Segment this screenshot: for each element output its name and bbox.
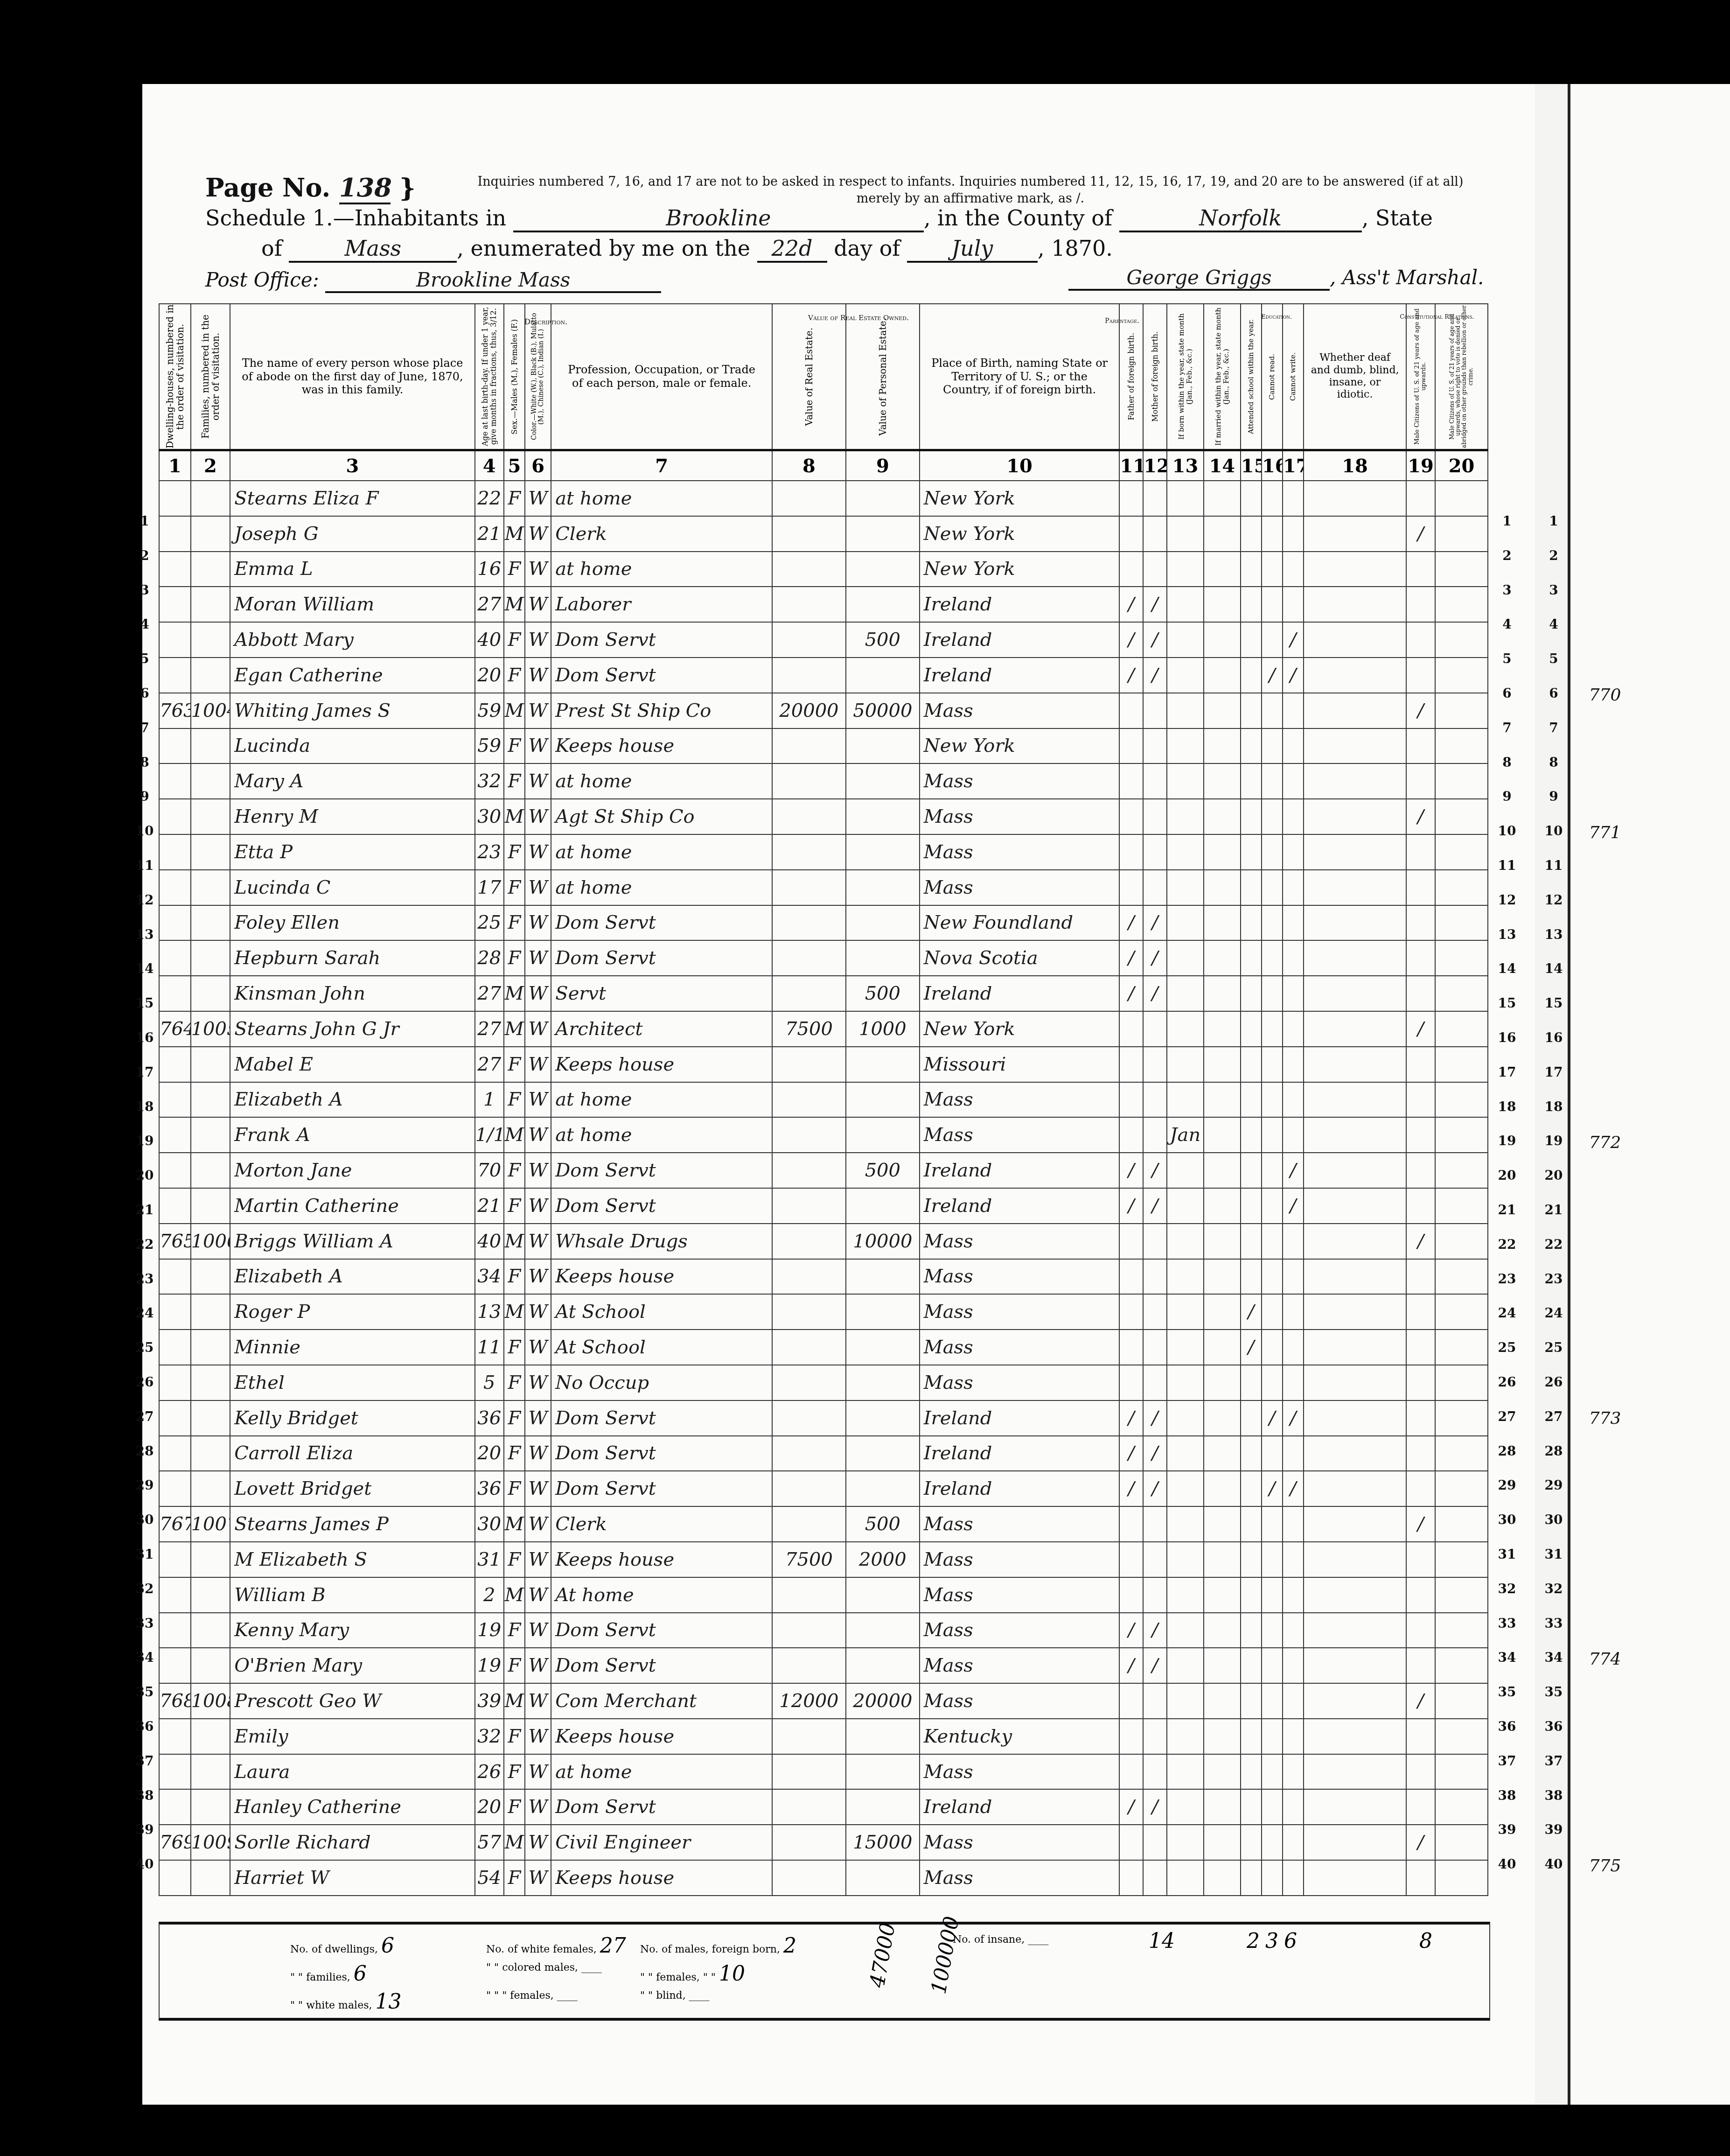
- cell-c16: [1262, 1011, 1283, 1047]
- cell-c19: [1406, 1117, 1435, 1153]
- table-row: Moran William27MWLaborerIreland//: [159, 587, 1488, 622]
- cell-c13: [1167, 693, 1204, 728]
- line-number: 13: [1493, 927, 1521, 942]
- cell-c20: [1435, 1047, 1488, 1082]
- cell-pe: [846, 1471, 920, 1506]
- cell-c15: [1241, 552, 1262, 587]
- cell-occ: No Occup: [551, 1365, 772, 1400]
- cell-c15: [1241, 587, 1262, 622]
- cell-c20: [1435, 1224, 1488, 1259]
- cell-dw: [159, 1719, 191, 1754]
- cell-birth: Mass: [920, 1365, 1120, 1400]
- cell-color: W: [525, 799, 551, 834]
- cell-dw: [159, 1117, 191, 1153]
- cell-c13: [1167, 1542, 1204, 1577]
- adjacent-line-number: 18: [1540, 1099, 1568, 1114]
- table-row: Etta P23FWat homeMass: [159, 834, 1488, 870]
- cell-sex: F: [504, 1153, 525, 1188]
- cell-c13: [1167, 1577, 1204, 1613]
- cell-name: Abbott Mary: [230, 622, 474, 658]
- of-label: of: [261, 236, 282, 261]
- census-table: Dwelling-houses, numbered in the order o…: [159, 303, 1488, 1896]
- adjacent-line-number: 1: [1540, 513, 1568, 529]
- cell-c14: [1204, 834, 1241, 870]
- cell-c13: [1167, 976, 1204, 1011]
- cell-f: [1119, 693, 1143, 728]
- cell-color: W: [525, 1613, 551, 1648]
- table-row: Minnie11FWAt SchoolMass/: [159, 1330, 1488, 1365]
- cell-sex: F: [504, 1860, 525, 1896]
- cell-c20: [1435, 1188, 1488, 1224]
- cell-f: /: [1119, 1153, 1143, 1188]
- col12-total: 14: [1149, 1929, 1175, 1953]
- line-number: 31: [1493, 1547, 1521, 1562]
- cell-dw: [159, 1365, 191, 1400]
- cell-name: Kinsman John: [230, 976, 474, 1011]
- cell-fam: [191, 1294, 230, 1330]
- col-13-header: If born within the year, state month (Ja…: [1167, 304, 1204, 450]
- cell-re: [772, 1330, 846, 1365]
- cell-c17: [1283, 940, 1304, 976]
- cell-m: [1143, 1259, 1167, 1295]
- cell-pe: [846, 1789, 920, 1825]
- col-11-header: Father of foreign birth.: [1119, 304, 1143, 450]
- cell-age: 28: [475, 940, 504, 976]
- cell-pe: 15000: [846, 1825, 920, 1860]
- table-row: Ethel5FWNo OccupMass: [159, 1365, 1488, 1400]
- adjacent-line-number: 11: [1540, 858, 1568, 873]
- cell-sex: F: [504, 1188, 525, 1224]
- cell-fam: [191, 870, 230, 905]
- cell-birth: Mass: [920, 1577, 1120, 1613]
- cell-re: [772, 1860, 846, 1896]
- line-number: 28: [1493, 1443, 1521, 1459]
- cell-c17: [1283, 1683, 1304, 1719]
- cell-c17: /: [1283, 658, 1304, 693]
- col-num: 20: [1435, 450, 1488, 481]
- cell-birth: Kentucky: [920, 1719, 1120, 1754]
- line-number: 32: [1493, 1581, 1521, 1596]
- cell-c16: /: [1262, 1471, 1283, 1506]
- col-2-header: Families, numbered in the order of visit…: [191, 304, 230, 450]
- cell-dw: [159, 940, 191, 976]
- adjacent-line-number: 4: [1540, 616, 1568, 632]
- cell-pe: [846, 1188, 920, 1224]
- cell-color: W: [525, 1047, 551, 1082]
- cell-pe: [846, 728, 920, 764]
- line-number: 18: [131, 1099, 159, 1114]
- adjacent-line-number: 16: [1540, 1030, 1568, 1045]
- line-number: 39: [131, 1822, 159, 1837]
- cell-sex: F: [504, 1047, 525, 1082]
- cell-c19: /: [1406, 1224, 1435, 1259]
- cell-name: O'Brien Mary: [230, 1648, 474, 1683]
- cell-pe: [846, 1047, 920, 1082]
- cell-c14: [1204, 1259, 1241, 1295]
- cell-birth: Ireland: [920, 976, 1120, 1011]
- cell-age: 40: [475, 1224, 504, 1259]
- column-header-row: Dwelling-houses, numbered in the order o…: [159, 304, 1488, 450]
- cell-pe: [846, 763, 920, 799]
- cell-c15: [1241, 1613, 1262, 1648]
- cell-c20: [1435, 1294, 1488, 1330]
- cell-c20: [1435, 552, 1488, 587]
- cell-name: Minnie: [230, 1330, 474, 1365]
- cell-color: W: [525, 1719, 551, 1754]
- cell-c13: [1167, 799, 1204, 834]
- col-num: 14: [1204, 450, 1241, 481]
- cell-c19: [1406, 587, 1435, 622]
- cell-m: /: [1143, 1648, 1167, 1683]
- cell-f: [1119, 1577, 1143, 1613]
- cell-c17: [1283, 834, 1304, 870]
- cell-f: /: [1119, 940, 1143, 976]
- cell-c18: [1304, 1577, 1406, 1613]
- cell-age: 39: [475, 1683, 504, 1719]
- cell-c16: [1262, 1082, 1283, 1118]
- cell-pe: 500: [846, 622, 920, 658]
- cell-fam: [191, 1648, 230, 1683]
- cell-m: [1143, 1224, 1167, 1259]
- cell-color: W: [525, 1330, 551, 1365]
- cell-dw: [159, 1613, 191, 1648]
- cell-age: 13: [475, 1294, 504, 1330]
- cell-re: [772, 1047, 846, 1082]
- cell-color: W: [525, 1400, 551, 1436]
- insane-count: No. of insane, ____: [953, 1934, 1048, 1946]
- cell-c16: [1262, 1683, 1283, 1719]
- cell-c20: [1435, 1825, 1488, 1860]
- cell-c13: [1167, 552, 1204, 587]
- cell-fam: [191, 1153, 230, 1188]
- line-number: 22: [1493, 1237, 1521, 1252]
- col-1-header: Dwelling-houses, numbered in the order o…: [159, 304, 191, 450]
- table-row: Lucinda59FWKeeps houseNew York: [159, 728, 1488, 764]
- cell-c14: [1204, 1719, 1241, 1754]
- cell-age: 1/12: [475, 1117, 504, 1153]
- cell-c18: [1304, 1648, 1406, 1683]
- cell-c17: /: [1283, 1153, 1304, 1188]
- cell-occ: At School: [551, 1294, 772, 1330]
- line-number: 4: [131, 616, 159, 632]
- cell-f: [1119, 1047, 1143, 1082]
- adjacent-line-number: 7: [1540, 720, 1568, 735]
- cell-c19: [1406, 905, 1435, 941]
- cell-name: Prescott Geo W: [230, 1683, 474, 1719]
- line-number: 22: [131, 1237, 159, 1252]
- cell-m: [1143, 1825, 1167, 1860]
- adjacent-dwelling-mark: 773: [1577, 1409, 1633, 1428]
- col19-total: 8: [1419, 1929, 1432, 1953]
- cell-fam: [191, 940, 230, 976]
- col-3-header: The name of every person whose place of …: [230, 304, 474, 450]
- cell-dw: 767: [159, 1506, 191, 1542]
- cell-c20: [1435, 1719, 1488, 1754]
- cell-c17: [1283, 905, 1304, 941]
- line-number: 30: [131, 1512, 159, 1527]
- cell-dw: [159, 1330, 191, 1365]
- table-row: Lovett Bridget36FWDom ServtIreland////: [159, 1471, 1488, 1506]
- cell-c16: [1262, 799, 1283, 834]
- cell-sex: F: [504, 870, 525, 905]
- cell-fam: [191, 799, 230, 834]
- cell-c17: [1283, 1436, 1304, 1471]
- cell-c13: [1167, 1082, 1204, 1118]
- cell-c13: [1167, 905, 1204, 941]
- adjacent-line-number: 8: [1540, 755, 1568, 770]
- cell-color: W: [525, 1365, 551, 1400]
- cell-color: W: [525, 1860, 551, 1896]
- cell-color: W: [525, 1082, 551, 1118]
- cell-c16: /: [1262, 658, 1283, 693]
- cell-re: [772, 763, 846, 799]
- colored-males-count: " " colored males, ____: [486, 1962, 602, 1974]
- cell-c14: [1204, 1294, 1241, 1330]
- cell-m: /: [1143, 622, 1167, 658]
- cell-c18: [1304, 516, 1406, 552]
- cell-c20: [1435, 1011, 1488, 1047]
- cell-c20: [1435, 1860, 1488, 1896]
- col-10-header: Place of Birth, naming State or Territor…: [920, 304, 1120, 450]
- cell-c15: [1241, 1542, 1262, 1577]
- cell-c19: /: [1406, 693, 1435, 728]
- cell-c16: [1262, 516, 1283, 552]
- table-row: Carroll Eliza20FWDom ServtIreland//: [159, 1436, 1488, 1471]
- cell-pe: 500: [846, 1506, 920, 1542]
- cell-c19: /: [1406, 1683, 1435, 1719]
- cell-dw: [159, 552, 191, 587]
- cell-c17: [1283, 728, 1304, 764]
- cell-c15: [1241, 1683, 1262, 1719]
- cell-c16: [1262, 481, 1283, 516]
- families-count: " " families, 6: [290, 1962, 367, 1986]
- line-number: 7: [1493, 720, 1521, 735]
- cell-c17: [1283, 1577, 1304, 1613]
- cell-f: /: [1119, 905, 1143, 941]
- cell-color: W: [525, 516, 551, 552]
- cell-c18: [1304, 1683, 1406, 1719]
- cell-age: 54: [475, 1860, 504, 1896]
- cell-m: /: [1143, 1400, 1167, 1436]
- cell-occ: Keeps house: [551, 1542, 772, 1577]
- cell-name: Laura: [230, 1754, 474, 1790]
- table-row: Hanley Catherine20FWDom ServtIreland//: [159, 1789, 1488, 1825]
- cell-c13: [1167, 1719, 1204, 1754]
- line-number: 7: [131, 720, 159, 735]
- cell-dw: [159, 1860, 191, 1896]
- cell-c19: [1406, 1577, 1435, 1613]
- line-number: 11: [131, 858, 159, 873]
- cell-sex: M: [504, 1294, 525, 1330]
- cell-age: 22: [475, 481, 504, 516]
- cell-c17: [1283, 1047, 1304, 1082]
- cell-c13: [1167, 1648, 1204, 1683]
- cell-m: /: [1143, 1471, 1167, 1506]
- cell-c17: [1283, 1224, 1304, 1259]
- line-number: 30: [1493, 1512, 1521, 1527]
- cell-c20: [1435, 1259, 1488, 1295]
- cell-c18: [1304, 799, 1406, 834]
- cell-pe: [846, 1330, 920, 1365]
- cell-age: 27: [475, 587, 504, 622]
- cell-c18: [1304, 905, 1406, 941]
- cell-c19: [1406, 1259, 1435, 1295]
- cell-f: /: [1119, 976, 1143, 1011]
- line-number: 37: [131, 1753, 159, 1769]
- cell-birth: Ireland: [920, 1400, 1120, 1436]
- line-number: 6: [1493, 686, 1521, 701]
- line-number: 23: [131, 1271, 159, 1287]
- cell-c19: [1406, 976, 1435, 1011]
- cell-c16: [1262, 1365, 1283, 1400]
- cell-c15: [1241, 1153, 1262, 1188]
- cell-c16: [1262, 622, 1283, 658]
- cell-occ: Dom Servt: [551, 1471, 772, 1506]
- cell-sex: M: [504, 1117, 525, 1153]
- cell-re: [772, 516, 846, 552]
- table-row: Kelly Bridget36FWDom ServtIreland////: [159, 1400, 1488, 1436]
- cell-re: [772, 481, 846, 516]
- cell-c19: [1406, 834, 1435, 870]
- adjacent-line-number: 37: [1540, 1753, 1568, 1769]
- cell-c17: [1283, 693, 1304, 728]
- cell-occ: Dom Servt: [551, 1613, 772, 1648]
- cell-c16: [1262, 834, 1283, 870]
- col-20-header: Male Citizens of U. S. of 21 years of ag…: [1435, 304, 1488, 450]
- cell-pe: [846, 481, 920, 516]
- cell-color: W: [525, 1825, 551, 1860]
- cell-c13: [1167, 940, 1204, 976]
- cell-name: Egan Catherine: [230, 658, 474, 693]
- cell-c13: [1167, 658, 1204, 693]
- line-number: 36: [131, 1719, 159, 1734]
- line-number: 10: [1493, 823, 1521, 839]
- line-number: 24: [131, 1305, 159, 1321]
- cell-m: [1143, 1577, 1167, 1613]
- cell-c14: [1204, 976, 1241, 1011]
- cell-occ: Dom Servt: [551, 1436, 772, 1471]
- cell-f: [1119, 1294, 1143, 1330]
- line-number: 12: [131, 892, 159, 908]
- cell-occ: Dom Servt: [551, 658, 772, 693]
- cell-age: 32: [475, 1719, 504, 1754]
- line-number: 27: [1493, 1409, 1521, 1424]
- cell-occ: At home: [551, 1577, 772, 1613]
- col-19-header: Male Citizens of U. S. of 21 years of ag…: [1406, 304, 1435, 450]
- cell-dw: [159, 587, 191, 622]
- adjacent-line-number: 9: [1540, 789, 1568, 804]
- cell-dw: [159, 1436, 191, 1471]
- cell-name: Lucinda: [230, 728, 474, 764]
- cell-c14: [1204, 1082, 1241, 1118]
- cell-c15: [1241, 799, 1262, 834]
- cell-occ: Keeps house: [551, 1860, 772, 1896]
- cell-c15: [1241, 1011, 1262, 1047]
- cell-fam: [191, 1719, 230, 1754]
- cell-occ: at home: [551, 481, 772, 516]
- cell-c13: [1167, 622, 1204, 658]
- table-row: Frank A1/12MWat homeMassJan: [159, 1117, 1488, 1153]
- cell-c14: [1204, 1436, 1241, 1471]
- cell-m: [1143, 870, 1167, 905]
- cell-c19: [1406, 1860, 1435, 1896]
- cell-c14: [1204, 1613, 1241, 1648]
- cell-c19: [1406, 1294, 1435, 1330]
- cell-f: /: [1119, 1400, 1143, 1436]
- enumeration-line: of Mass, enumerated by me on the 22d day…: [261, 236, 1113, 263]
- cell-c16: [1262, 940, 1283, 976]
- cell-sex: F: [504, 1648, 525, 1683]
- cell-c17: /: [1283, 1400, 1304, 1436]
- cell-m: [1143, 1542, 1167, 1577]
- col-14-header: If married within the year, state month …: [1204, 304, 1241, 450]
- cell-c17: [1283, 516, 1304, 552]
- cell-c19: [1406, 1436, 1435, 1471]
- col-num: 11: [1119, 450, 1143, 481]
- cell-re: [772, 1153, 846, 1188]
- cell-c16: [1262, 1436, 1283, 1471]
- cell-dw: 769: [159, 1825, 191, 1860]
- cell-c17: [1283, 870, 1304, 905]
- cell-birth: Mass: [920, 1224, 1120, 1259]
- cell-sex: F: [504, 1330, 525, 1365]
- cell-c13: [1167, 1613, 1204, 1648]
- cell-c16: [1262, 1330, 1283, 1365]
- cell-m: /: [1143, 1613, 1167, 1648]
- cell-c20: [1435, 1400, 1488, 1436]
- cell-pe: 1000: [846, 1011, 920, 1047]
- cell-re: [772, 1294, 846, 1330]
- cell-f: [1119, 1259, 1143, 1295]
- cell-c17: [1283, 1259, 1304, 1295]
- county-label: , in the County of: [924, 205, 1112, 231]
- cell-occ: Clerk: [551, 516, 772, 552]
- col-18-header: Whether deaf and dumb, blind, insane, or…: [1304, 304, 1406, 450]
- col-num: 12: [1143, 450, 1167, 481]
- cell-f: [1119, 728, 1143, 764]
- line-number: 3: [131, 582, 159, 598]
- cell-c19: /: [1406, 1506, 1435, 1542]
- table-row: Martin Catherine21FWDom ServtIreland///: [159, 1188, 1488, 1224]
- adjacent-line-number: 23: [1540, 1271, 1568, 1287]
- cell-age: 25: [475, 905, 504, 941]
- cell-fam: [191, 1613, 230, 1648]
- cell-c20: [1435, 658, 1488, 693]
- cell-f: [1119, 1365, 1143, 1400]
- cell-age: 5: [475, 1365, 504, 1400]
- cell-age: 21: [475, 516, 504, 552]
- cell-c19: [1406, 1754, 1435, 1790]
- cell-pe: [846, 1082, 920, 1118]
- cell-re: [772, 1648, 846, 1683]
- cell-c19: [1406, 622, 1435, 658]
- cell-c20: [1435, 799, 1488, 834]
- cell-name: Emma L: [230, 552, 474, 587]
- cell-c19: [1406, 481, 1435, 516]
- cell-c17: [1283, 1754, 1304, 1790]
- cell-m: /: [1143, 940, 1167, 976]
- adjacent-line-number: 20: [1540, 1168, 1568, 1183]
- cell-name: Martin Catherine: [230, 1188, 474, 1224]
- col-num: 3: [230, 450, 474, 481]
- cell-c17: [1283, 763, 1304, 799]
- table-row: Stearns Eliza F22FWat homeNew York: [159, 481, 1488, 516]
- line-number: 38: [131, 1788, 159, 1803]
- cell-c18: [1304, 1365, 1406, 1400]
- cell-sex: F: [504, 1542, 525, 1577]
- cell-c20: [1435, 1471, 1488, 1506]
- cell-age: 59: [475, 693, 504, 728]
